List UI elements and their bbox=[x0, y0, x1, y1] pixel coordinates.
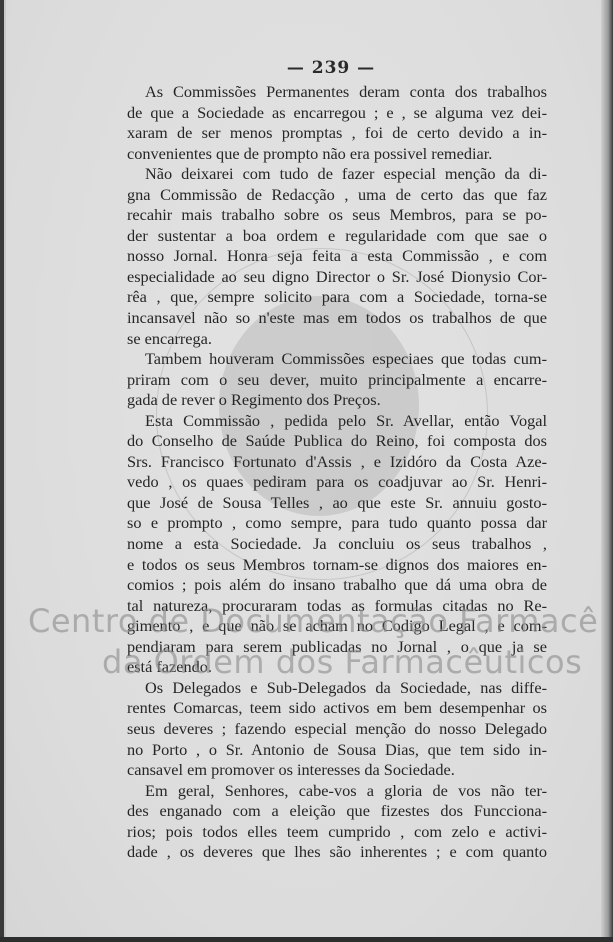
scan-bottom-edge bbox=[0, 937, 613, 942]
text-line: Não deixarei com tudo de fazer especial … bbox=[127, 164, 547, 185]
text-line: gna Commissão de Redacção , uma de certo… bbox=[127, 185, 547, 206]
text-line: priram com o seu dever, muito principalm… bbox=[127, 370, 547, 391]
text-line: especialidade ao seu digno Director o Sr… bbox=[127, 267, 547, 288]
text-line: Em geral, Senhores, cabe-vos a gloria de… bbox=[127, 781, 547, 802]
text-line: dade , os deveres que lhes são inherente… bbox=[127, 842, 547, 863]
watermark-line-1: Centro de Documentação Farmacêutica bbox=[28, 602, 603, 640]
text-line: xaram de ser menos promptas , foi de cer… bbox=[127, 123, 547, 144]
text-line: vedo , os quaes pediram para os coadjuva… bbox=[127, 472, 547, 493]
text-line: incansavel não so n'este mas em todos os… bbox=[127, 308, 547, 329]
text-line: comios ; pois além do insano trabalho qu… bbox=[127, 575, 547, 596]
text-line: nosso Jornal. Honra seja feita a esta Co… bbox=[127, 246, 547, 267]
text-line: convenientes que de prompto não era poss… bbox=[127, 144, 547, 165]
text-line: Esta Commissão , pedida pelo Sr. Avellar… bbox=[127, 411, 547, 432]
text-line: der sustentar a boa ordem e regularidade… bbox=[127, 226, 547, 247]
text-line: rêa , que, sempre solicito para com a So… bbox=[127, 287, 547, 308]
watermark-line-2: da Ordem dos Farmacêuticos bbox=[102, 643, 582, 681]
text-line: rentes Comarcas, teem sido activos em be… bbox=[127, 698, 547, 719]
text-line: so e prompto , como sempre, para tudo qu… bbox=[127, 513, 547, 534]
page-number: — 239 — bbox=[6, 58, 603, 78]
text-line: Srs. Francisco Fortunato d'Assis , e Izi… bbox=[127, 452, 547, 473]
text-line: recahir mais trabalho sobre os seus Memb… bbox=[127, 205, 547, 226]
text-line: do Conselho de Saúde Publica do Reino, f… bbox=[127, 431, 547, 452]
book-spine-edge bbox=[601, 0, 613, 942]
body-text: As Commissões Permanentes deram conta do… bbox=[127, 82, 547, 863]
text-line: no Porto , o Sr. Antonio de Sousa Dias, … bbox=[127, 740, 547, 761]
text-line: gada de rever o Regimento dos Preços. bbox=[127, 390, 547, 411]
scanned-book-page: — 239 — As Commissões Permanentes deram … bbox=[4, 0, 603, 938]
text-line: de que a Sociedade as encarregou ; e , s… bbox=[127, 103, 547, 124]
text-line: rios; pois todos elles teem cumprido , c… bbox=[127, 822, 547, 843]
text-line: cansavel em promover os interesses da So… bbox=[127, 760, 547, 781]
text-line: des enganado com a eleição que fizestes … bbox=[127, 801, 547, 822]
text-line: seus deveres ; fazendo especial menção d… bbox=[127, 719, 547, 740]
text-line: e todos os seus Membros tornam-se dignos… bbox=[127, 555, 547, 576]
text-line: nome a esta Sociedade. Ja concluiu os se… bbox=[127, 534, 547, 555]
text-line: As Commissões Permanentes deram conta do… bbox=[127, 82, 547, 103]
text-line: se encarrega. bbox=[127, 329, 547, 350]
text-line: que José de Sousa Telles , ao que este S… bbox=[127, 493, 547, 514]
text-line: Tambem houveram Commissões especiaes que… bbox=[127, 349, 547, 370]
